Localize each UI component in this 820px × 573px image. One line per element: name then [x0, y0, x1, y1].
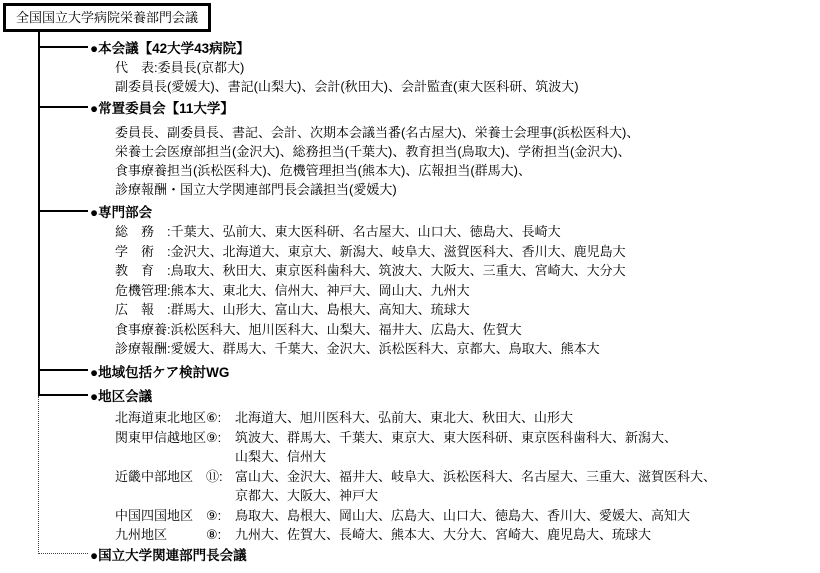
section-senmon-bukai: ●専門部会 総 務 :千葉大、弘前大、東大医科研、名古屋大、山口大、徳島大、長崎…	[90, 203, 816, 359]
tree-branch-line	[38, 394, 88, 396]
senmon-row: 総 務 :千葉大、弘前大、東大医科研、名古屋大、山口大、徳島大、長崎大	[115, 222, 816, 242]
tree-branch-line	[38, 46, 88, 48]
senmon-row: 危機管理:熊本大、東北大、信州大、神戸大、岡山大、九州大	[115, 281, 816, 301]
region-line: 筑波大、群馬大、千葉大、東京大、東大医科研、東京医科歯科大、新潟大、	[235, 428, 816, 448]
region-line: 京都大、大阪大、神戸大	[235, 486, 816, 506]
region-label: 中国四国地区 ⑨:	[115, 506, 235, 526]
senmon-row: 教 育 :鳥取大、秋田大、東京医科歯科大、筑波大、大阪大、三重大、宮崎大、大分大	[115, 261, 816, 281]
section-text-line: 食事療養担当(浜松医科大)、危機管理担当(熊本大)、広報担当(群馬大)、	[115, 161, 816, 180]
region-label: 九州地区 ⑧:	[115, 525, 235, 545]
section-heading: ●本会議【42大学43病院】	[90, 39, 816, 58]
region-line: 北海道大、旭川医科大、弘前大、東北大、秋田大、山形大	[235, 408, 816, 428]
section-jochi-iinkai: ●常置委員会【11大学】 委員長、副委員長、書記、会計、次期本会議当番(名古屋大…	[90, 99, 816, 199]
region-label: 近畿中部地区 ⑪:	[115, 467, 235, 487]
region-row: 近畿中部地区 ⑪: 富山大、金沢大、福井大、岐阜大、浜松医科大、名古屋大、三重大…	[115, 467, 816, 506]
region-universities: 富山大、金沢大、福井大、岐阜大、浜松医科大、名古屋大、三重大、滋賀医科大、 京都…	[235, 467, 816, 506]
region-universities: 鳥取大、島根大、岡山大、広島大、山口大、徳島大、香川大、愛媛大、高知大	[235, 506, 816, 526]
tree-branch-line	[38, 106, 88, 108]
region-rows: 北海道東北地区⑥: 北海道大、旭川医科大、弘前大、東北大、秋田大、山形大 関東甲…	[115, 408, 816, 545]
senmon-row: 学 術 :金沢大、北海道大、東京大、新潟大、岐阜大、滋賀医科大、香川大、鹿児島大	[115, 242, 816, 262]
region-label: 北海道東北地区⑥:	[115, 408, 235, 428]
section-text-line: 代 表:委員長(京都大)	[115, 58, 816, 77]
senmon-row: 食事療養:浜松医科大、旭川医科大、山梨大、福井大、広島大、佐賀大	[115, 320, 816, 340]
region-universities: 筑波大、群馬大、千葉大、東京大、東大医科研、東京医科歯科大、新潟大、 山梨大、信…	[235, 428, 816, 467]
section-chiku-kaigi: ●地区会議 北海道東北地区⑥: 北海道大、旭川医科大、弘前大、東北大、秋田大、山…	[90, 387, 816, 545]
section-bucho-kaigi: ●国立大学関連部門長会議	[90, 546, 816, 565]
region-universities: 九州大、佐賀大、長崎大、熊本大、大分大、宮崎大、鹿児島大、琉球大	[235, 525, 816, 545]
tree-branch-line	[38, 369, 88, 371]
region-line: 山梨大、信州大	[235, 447, 816, 467]
region-row: 中国四国地区 ⑨: 鳥取大、島根大、岡山大、広島大、山口大、徳島大、香川大、愛媛…	[115, 506, 816, 526]
org-chart-diagram: 全国国立大学病院栄養部門会議 ●本会議【42大学43病院】 代 表:委員長(京都…	[0, 0, 820, 573]
region-label: 関東甲信越地区⑨:	[115, 428, 235, 448]
section-text-line: 診療報酬・国立大学関連部門長会議担当(愛媛大)	[115, 180, 816, 199]
section-text-line: 副委員長(愛媛大)、書記(山梨大)、会計(秋田大)、会計監査(東大医科研、筑波大…	[115, 77, 816, 96]
section-chiiki-care-wg: ●地域包括ケア検討WG	[90, 363, 816, 382]
root-title: 全国国立大学病院栄養部門会議	[16, 10, 198, 25]
section-heading: ●専門部会	[90, 203, 816, 222]
region-line: 鳥取大、島根大、岡山大、広島大、山口大、徳島大、香川大、愛媛大、高知大	[235, 506, 816, 526]
section-text-line: 栄養士会医療部担当(金沢大)、総務担当(千葉大)、教育担当(鳥取大)、学術担当(…	[115, 142, 816, 161]
section-text-line: 委員長、副委員長、書記、会計、次期本会議当番(名古屋大)、栄養士会理事(浜松医科…	[115, 123, 816, 142]
section-heading: ●地区会議	[90, 387, 816, 406]
section-heading: ●常置委員会【11大学】	[90, 99, 816, 118]
region-row: 関東甲信越地区⑨: 筑波大、群馬大、千葉大、東京大、東大医科研、東京医科歯科大、…	[115, 428, 816, 467]
region-row: 北海道東北地区⑥: 北海道大、旭川医科大、弘前大、東北大、秋田大、山形大	[115, 408, 816, 428]
section-heading: ●国立大学関連部門長会議	[90, 546, 816, 565]
root-title-box: 全国国立大学病院栄養部門会議	[3, 3, 211, 32]
tree-branch-dotted-line	[38, 553, 88, 554]
senmon-row: 診療報酬:愛媛大、群馬大、千葉大、金沢大、浜松医科大、京都大、鳥取大、熊本大	[115, 339, 816, 359]
section-honkaigi: ●本会議【42大学43病院】 代 表:委員長(京都大) 副委員長(愛媛大)、書記…	[90, 39, 816, 96]
region-row: 九州地区 ⑧: 九州大、佐賀大、長崎大、熊本大、大分大、宮崎大、鹿児島大、琉球大	[115, 525, 816, 545]
region-line: 富山大、金沢大、福井大、岐阜大、浜松医科大、名古屋大、三重大、滋賀医科大、	[235, 467, 816, 487]
senmon-rows: 総 務 :千葉大、弘前大、東大医科研、名古屋大、山口大、徳島大、長崎大 学 術 …	[115, 222, 816, 359]
region-line: 九州大、佐賀大、長崎大、熊本大、大分大、宮崎大、鹿児島大、琉球大	[235, 525, 816, 545]
section-heading: ●地域包括ケア検討WG	[90, 363, 816, 382]
tree-trunk-dotted-line	[38, 396, 39, 554]
senmon-row: 広 報 :群馬大、山形大、富山大、島根大、高知大、琉球大	[115, 300, 816, 320]
tree-branch-line	[38, 210, 88, 212]
region-universities: 北海道大、旭川医科大、弘前大、東北大、秋田大、山形大	[235, 408, 816, 428]
tree-trunk-line	[38, 29, 40, 396]
